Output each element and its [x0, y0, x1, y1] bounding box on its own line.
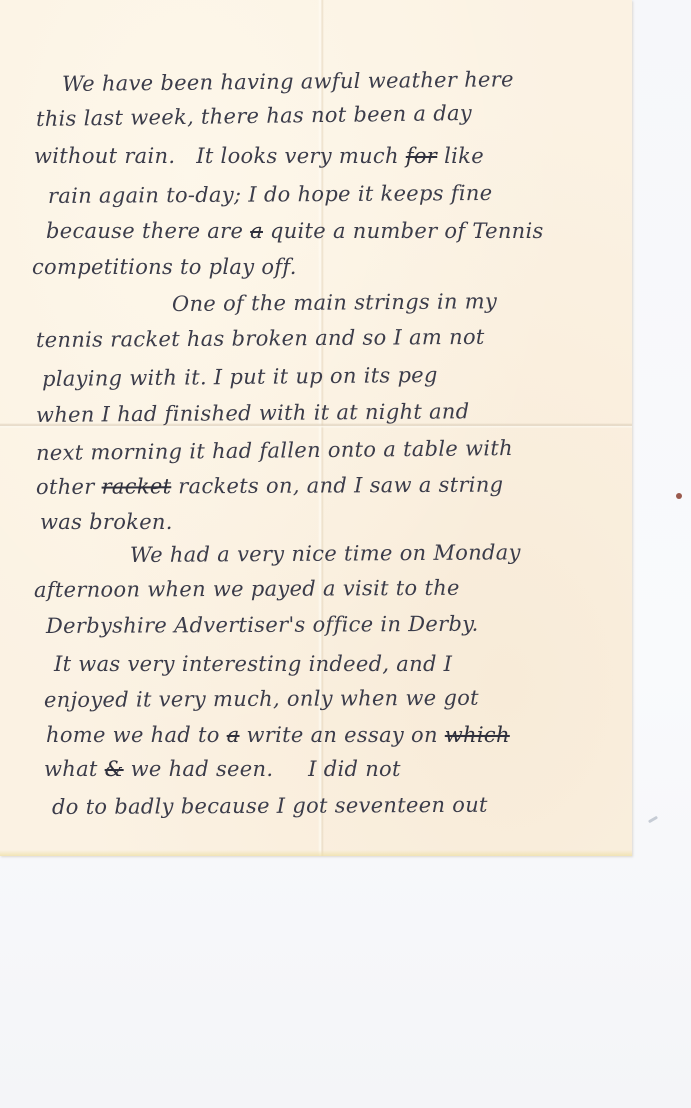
- line-text: rackets on, and I saw a string: [171, 473, 503, 499]
- letter-line: It was very interesting indeed, and I: [54, 652, 452, 676]
- line-text: we had seen. I did not: [124, 757, 401, 781]
- line-text: other: [36, 475, 102, 499]
- line-text: write an essay on: [240, 723, 445, 747]
- letter-line: rain again to-day; I do hope it keeps fi…: [48, 181, 493, 208]
- struck-word: racket: [101, 474, 171, 498]
- line-text: what: [44, 757, 105, 781]
- letter-line: tennis racket has broken and so I am not: [36, 325, 485, 352]
- letter-line: when I had finished with it at night and: [36, 399, 470, 427]
- letter-line: this last week, there has not been a day: [36, 101, 472, 131]
- struck-word: a: [227, 723, 240, 747]
- line-text: like: [437, 144, 484, 168]
- letter-line: other racket rackets on, and I saw a str…: [36, 473, 503, 499]
- struck-word: for: [406, 144, 437, 168]
- letter-line: because there are a quite a number of Te…: [46, 219, 544, 243]
- struck-word: a: [250, 219, 263, 243]
- letter-line: Derbyshire Advertiser's office in Derby.: [46, 612, 479, 638]
- letter-line: afternoon when we payed a visit to the: [34, 576, 460, 602]
- letter-line: We had a very nice time on Monday: [130, 540, 521, 567]
- letter-page: We have been having awful weather here t…: [0, 0, 632, 856]
- ink-spot: [676, 493, 682, 499]
- letter-line: home we had to a write an essay on which: [46, 723, 510, 747]
- line-text: quite a number of Tennis: [263, 219, 544, 243]
- struck-word: which: [445, 723, 510, 747]
- struck-word: &: [105, 757, 124, 781]
- letter-line: playing with it. I put it up on its peg: [42, 363, 438, 391]
- letter-line: One of the main strings in my: [172, 289, 497, 316]
- line-text: because there are: [46, 219, 250, 243]
- line-text: home we had to: [46, 723, 227, 747]
- letter-line: We have been having awful weather here: [62, 67, 514, 96]
- letter-body: We have been having awful weather here t…: [0, 0, 632, 856]
- letter-line: was broken.: [40, 510, 173, 534]
- letter-line: enjoyed it very much, only when we got: [44, 686, 479, 712]
- letter-line: next morning it had fallen onto a table …: [36, 436, 513, 465]
- line-text: without rain. It looks very much: [34, 144, 406, 168]
- letter-line: what & we had seen. I did not: [44, 757, 401, 781]
- letter-line: without rain. It looks very much for lik…: [34, 144, 484, 168]
- letter-line: do to badly because I got seventeen out: [52, 793, 488, 819]
- letter-line: competitions to play off.: [32, 255, 297, 279]
